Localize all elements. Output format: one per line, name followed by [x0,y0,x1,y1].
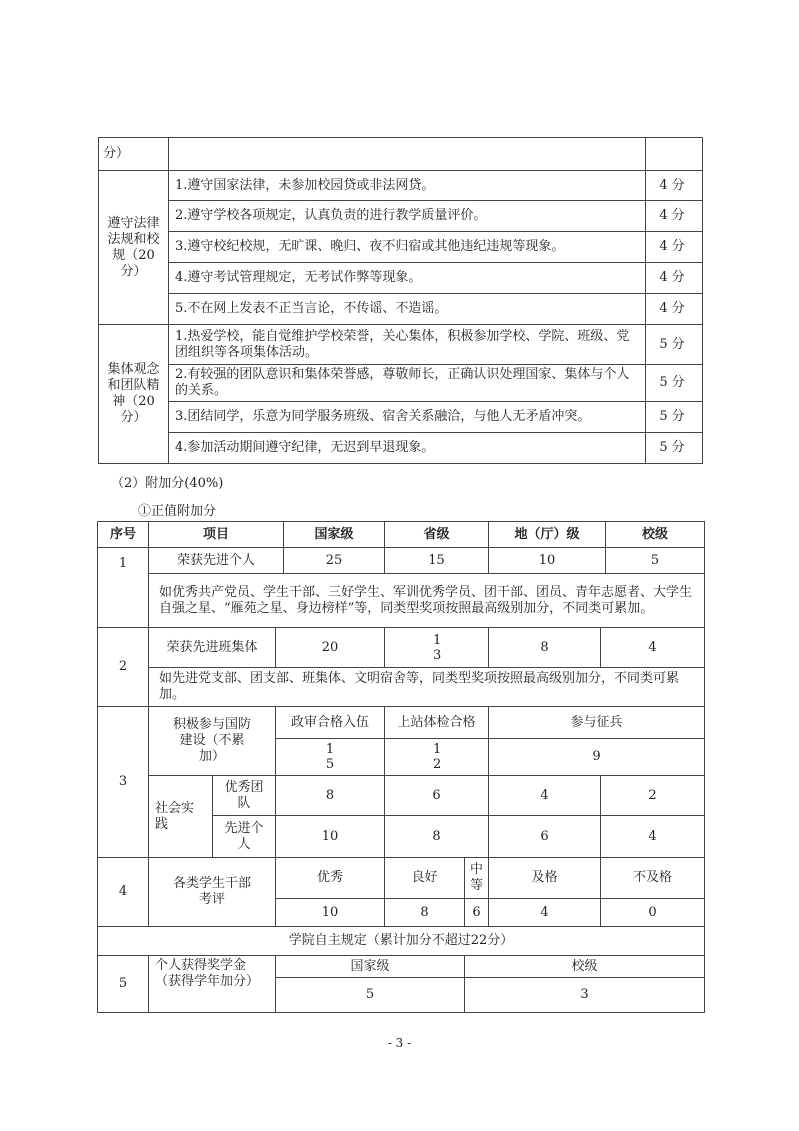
value-cell: 5 [276,978,465,1013]
score-cell: 4分 [646,232,703,263]
rating-header: 中等 [465,858,489,899]
header-municipal: 地（厅）级 [489,522,606,548]
item-cell: 1.遵守国家法律，未参加校园贷或非法网贷。 [169,171,646,201]
score-cell: 5分 [646,402,703,433]
table-row: 4.遵守考试管理规定，无考试作弊等现象。 4分 [99,263,703,294]
header-no: 序号 [98,522,149,548]
note-cell: 如先进党支部、团支部、班集体、文明宿舍等，同类型奖项按照最高级别加分，不同类可累… [149,668,705,707]
item-cell: 4.遵守考试管理规定，无考试作弊等现象。 [169,263,646,294]
value-cell: 8 [385,899,465,927]
defense-header: 上站体检合格 [385,707,489,739]
table-row: 2.有较强的团队意识和集体荣誉感，尊敬师长，正确认识处理国家、集体与个人的关系。… [99,365,703,402]
table-row: 集体观念和团队精神（20分） 1.热爱学校，能自觉维护学校荣誉，关心集体，积极参… [99,325,703,365]
value-cell: 6 [385,776,489,816]
value-cell: 13 [385,628,489,668]
rating-header: 优秀 [276,858,385,899]
score-cell: 5分 [646,433,703,464]
category-cell: 遵守法律法规和校规（20分） [99,171,169,325]
scholarship-header: 国家级 [276,956,465,978]
defense-label: 积极参与国防建设（不累加） [149,707,276,776]
item-cell: 5.不在网上发表不正当言论，不传谣、不造谣。 [169,294,646,325]
table-row: 2.遵守学校各项规定，认真负责的进行教学质量评价。 4分 [99,201,703,232]
defense-header: 参与征兵 [489,707,705,739]
document-page: 分） 遵守法律法规和校规（20分） 1.遵守国家法律，未参加校园贷或非法网贷。 … [0,0,799,1131]
row-number: 5 [98,956,149,1013]
table-row: 如优秀共产党员、学生干部、三好学生、军训优秀学员、团干部、团员、青年志愿者、大学… [98,574,705,628]
score-cell: 4分 [646,201,703,232]
score-cell: 4分 [646,263,703,294]
header-national: 国家级 [284,522,385,548]
value-cell: 4 [489,776,601,816]
item-cell: 2.遵守学校各项规定，认真负责的进行教学质量评价。 [169,201,646,232]
table-row: 3 积极参与国防建设（不累加） 政审合格入伍 上站体检合格 参与征兵 [98,707,705,739]
row-number: 4 [98,858,149,927]
header-item: 项目 [149,522,284,548]
defense-header: 政审合格入伍 [276,707,385,739]
value-cell: 4 [489,899,601,927]
table-row: 5.不在网上发表不正当言论，不传谣、不造谣。 4分 [99,294,703,325]
bonus-points-table: 序号 项目 国家级 省级 地（厅）级 校级 1 荣获先进个人 25 15 10 … [97,521,705,1013]
table-row: 5 个人获得奖学金（获得学年加分） 国家级 校级 [98,956,705,978]
page-number: - 3 - [0,1036,799,1050]
value-cell: 8 [489,628,601,668]
header-school: 校级 [606,522,705,548]
rating-header: 不及格 [601,858,705,899]
table-row: 分） [99,138,703,171]
item-cell: 各类学生干部考评 [149,858,276,927]
rating-header: 良好 [385,858,465,899]
value-cell: 3 [465,978,705,1013]
value-cell: 10 [276,899,385,927]
score-cell: 4分 [646,294,703,325]
value-cell: 8 [276,776,385,816]
row-number: 2 [98,628,149,707]
category-cell: 集体观念和团队精神（20分） [99,325,169,464]
value-cell: 5 [606,548,705,574]
note-cell: 如优秀共产党员、学生干部、三好学生、军训优秀学员、团干部、团员、青年志愿者、大学… [149,574,705,628]
score-cell: 5分 [646,365,703,402]
value-cell: 4 [601,628,705,668]
table-row: 3.团结同学，乐意为同学服务班级、宿舍关系融洽，与他人无矛盾冲突。 5分 [99,402,703,433]
item-cell: 个人获得奖学金（获得学年加分） [149,956,276,1013]
value-cell: 10 [276,816,385,858]
value-cell: 6 [489,816,601,858]
practice-sub-label: 优秀团队 [213,776,276,816]
header-provincial: 省级 [385,522,489,548]
row-number: 3 [98,707,149,858]
score-cell: 5分 [646,325,703,365]
value-cell: 15 [385,548,489,574]
table-row: 4.参加活动期间遵守纪律，无迟到早退现象。 5分 [99,433,703,464]
value-cell: 15 [276,739,385,776]
item-cell: 3.遵守校纪校规，无旷课、晚归、夜不归宿或其他违纪违规等现象。 [169,232,646,263]
table-row: 4 各类学生干部考评 优秀 良好 中等 及格 不及格 [98,858,705,899]
conduct-criteria-table: 分） 遵守法律法规和校规（20分） 1.遵守国家法律，未参加校园贷或非法网贷。 … [98,137,703,464]
score-cell [646,138,703,171]
category-cell: 分） [99,138,169,171]
item-cell: 2.有较强的团队意识和集体荣誉感，尊敬师长，正确认识处理国家、集体与个人的关系。 [169,365,646,402]
score-cell: 4分 [646,171,703,201]
rating-header: 及格 [489,858,601,899]
value-cell: 20 [276,628,385,668]
table-row: 社会实践 优秀团队 8 6 4 2 [98,776,705,816]
table-row: 如先进党支部、团支部、班集体、文明宿舍等，同类型奖项按照最高级别加分，不同类可累… [98,668,705,707]
section-heading: （2）附加分(40%) [111,472,223,491]
item-cell [169,138,646,171]
table-row: 1 荣获先进个人 25 15 10 5 [98,548,705,574]
table-row: 遵守法律法规和校规（20分） 1.遵守国家法律，未参加校园贷或非法网贷。 4分 [99,171,703,201]
row-number: 1 [98,548,149,628]
table-row: 2 荣获先进班集体 20 13 8 4 [98,628,705,668]
value-cell: 8 [385,816,489,858]
value-cell: 12 [385,739,489,776]
item-cell: 4.参加活动期间遵守纪律，无迟到早退现象。 [169,433,646,464]
value-cell: 0 [601,899,705,927]
practice-label: 社会实践 [149,776,213,858]
item-cell: 1.热爱学校，能自觉维护学校荣誉，关心集体，积极参加学校、学院、班级、党团组织等… [169,325,646,365]
value-cell: 2 [601,776,705,816]
table-row: 学院自主规定（累计加分不超过22分） [98,927,705,956]
item-cell: 3.团结同学，乐意为同学服务班级、宿舍关系融洽，与他人无矛盾冲突。 [169,402,646,433]
sub-heading: ①正值附加分 [138,500,216,519]
college-rule-cell: 学院自主规定（累计加分不超过22分） [98,927,705,956]
item-cell: 荣获先进班集体 [149,628,276,668]
value-cell: 25 [284,548,385,574]
table-row: 3.遵守校纪校规，无旷课、晚归、夜不归宿或其他违纪违规等现象。 4分 [99,232,703,263]
practice-sub-label: 先进个人 [213,816,276,858]
value-cell: 6 [465,899,489,927]
table-header-row: 序号 项目 国家级 省级 地（厅）级 校级 [98,522,705,548]
value-cell: 9 [489,739,705,776]
value-cell: 10 [489,548,606,574]
item-cell: 荣获先进个人 [149,548,284,574]
value-cell: 4 [601,816,705,858]
scholarship-header: 校级 [465,956,705,978]
